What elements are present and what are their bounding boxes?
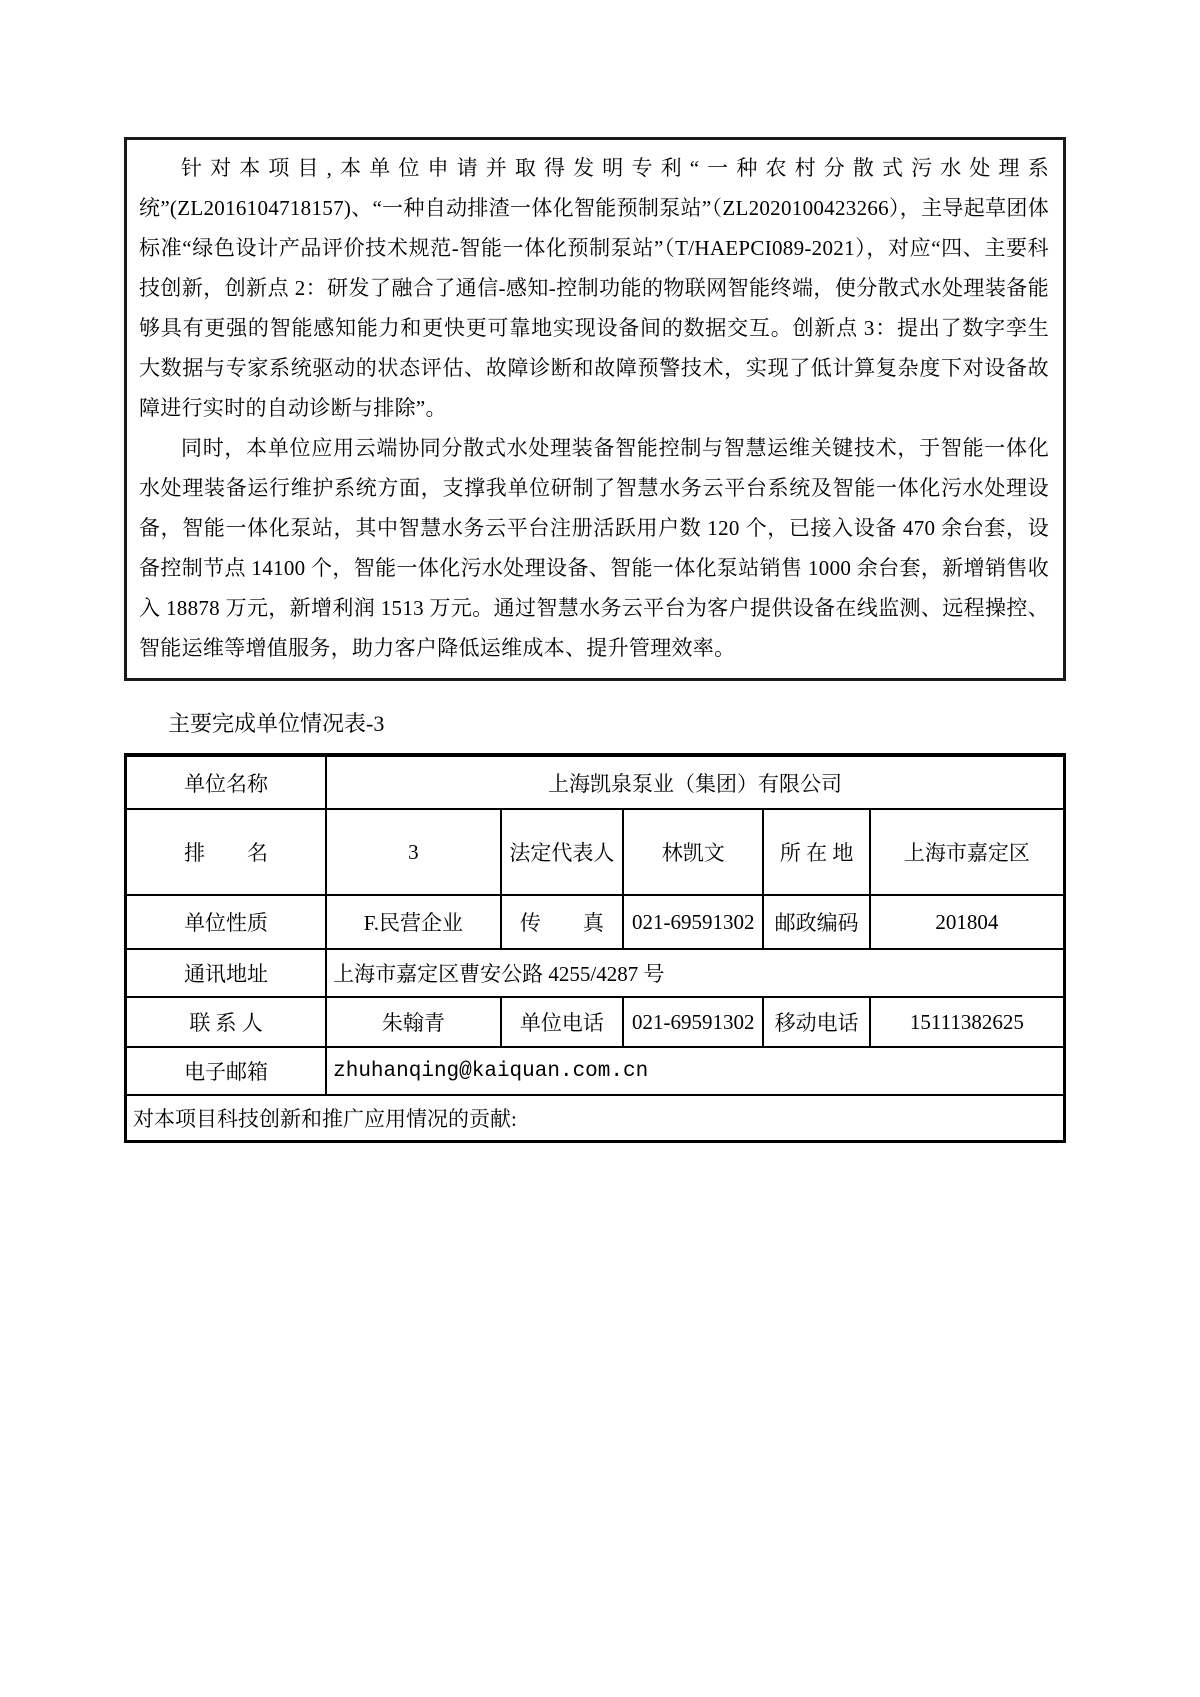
table-row-contribution: 对本项目科技创新和推广应用情况的贡献: <box>126 1095 1065 1141</box>
mobile-label: 移动电话 <box>763 997 869 1047</box>
unit-phone-value: 021-69591302 <box>623 997 763 1047</box>
legal-rep-value: 林凯文 <box>623 809 763 895</box>
table-row-unit-type: 单位性质 F.民营企业 传 真 021-69591302 邮政编码 201804 <box>126 895 1065 949</box>
intro-paragraph-patents: 针对本项目,本单位申请并取得发明专利“一种农村分散式污水处理系统”(ZL2016… <box>139 148 1049 428</box>
table-row-email: 电子邮箱 zhuhanqing@kaiquan.com.cn <box>126 1047 1065 1095</box>
mobile-value: 15111382625 <box>870 997 1065 1047</box>
contact-value: 朱翰青 <box>326 997 501 1047</box>
unit-type-value: F.民营企业 <box>326 895 501 949</box>
address-value: 上海市嘉定区曹安公路 4255/4287 号 <box>326 949 1064 997</box>
table-row-address: 通讯地址 上海市嘉定区曹安公路 4255/4287 号 <box>126 949 1065 997</box>
unit-info-table: 单位名称 上海凯泉泵业（集团）有限公司 排 名 3 法定代表人 林凯文 所 在 … <box>124 753 1066 1143</box>
address-label: 通讯地址 <box>126 949 327 997</box>
document-page: 针对本项目,本单位申请并取得发明专利“一种农村分散式污水处理系统”(ZL2016… <box>0 0 1200 1697</box>
table-row-unit-name: 单位名称 上海凯泉泵业（集团）有限公司 <box>126 755 1065 809</box>
rank-value: 3 <box>326 809 501 895</box>
postcode-label: 邮政编码 <box>763 895 869 949</box>
table-row-rank: 排 名 3 法定代表人 林凯文 所 在 地 上海市嘉定区 <box>126 809 1065 895</box>
email-label: 电子邮箱 <box>126 1047 327 1095</box>
table-caption: 主要完成单位情况表-3 <box>168 709 1066 739</box>
intro-text-box: 针对本项目,本单位申请并取得发明专利“一种农村分散式污水处理系统”(ZL2016… <box>124 137 1066 681</box>
location-label: 所 在 地 <box>763 809 869 895</box>
contribution-label: 对本项目科技创新和推广应用情况的贡献: <box>126 1095 1065 1141</box>
unit-type-label: 单位性质 <box>126 895 327 949</box>
postcode-value: 201804 <box>870 895 1065 949</box>
unit-name-label: 单位名称 <box>126 755 327 809</box>
location-value: 上海市嘉定区 <box>870 809 1065 895</box>
table-row-contact: 联 系 人 朱翰青 单位电话 021-69591302 移动电话 1511138… <box>126 997 1065 1047</box>
fax-label: 传 真 <box>501 895 623 949</box>
intro-paragraph-application: 同时，本单位应用云端协同分散式水处理装备智能控制与智慧运维关键技术，于智能一体化… <box>139 428 1049 668</box>
rank-label: 排 名 <box>126 809 327 895</box>
contact-label: 联 系 人 <box>126 997 327 1047</box>
unit-name-value: 上海凯泉泵业（集团）有限公司 <box>326 755 1064 809</box>
unit-phone-label: 单位电话 <box>501 997 623 1047</box>
fax-value: 021-69591302 <box>623 895 763 949</box>
legal-rep-label: 法定代表人 <box>501 809 623 895</box>
email-value: zhuhanqing@kaiquan.com.cn <box>326 1047 1064 1095</box>
